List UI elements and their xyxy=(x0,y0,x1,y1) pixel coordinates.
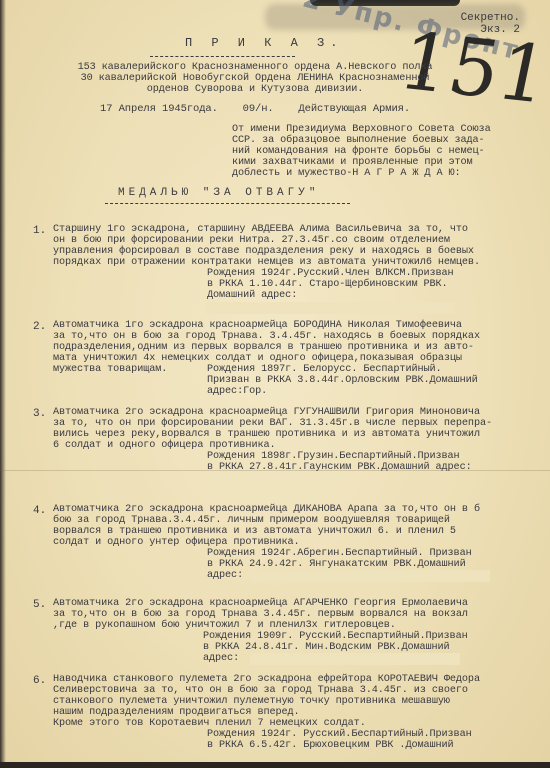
entry-2-bio-3: адрес:Гор. xyxy=(207,386,267,397)
entry-2-text-1: Автоматчика 1го эскадрона красноармейца … xyxy=(53,320,462,331)
preamble-line-3: ний командования на фронте борьбы с неме… xyxy=(232,146,485,157)
entry-1-text-2: он в бою при форсировании реки Нитра. 27… xyxy=(53,235,450,246)
entry-number-3: 3. xyxy=(33,408,46,420)
entry-5-bio-3: адрес: xyxy=(203,653,239,664)
entry-number-5: 5. xyxy=(33,599,46,611)
entry-2-text-2: за то,что он в бою за город Трнава. 3.4.… xyxy=(53,331,480,342)
preamble-line-1: От имени Президиума Верховного Совета Со… xyxy=(232,124,491,135)
entry-4-text-4: солдат и одного унтер офицера противника… xyxy=(53,537,300,548)
entry-4-bio-3: адрес: xyxy=(207,570,243,581)
award-heading-underline xyxy=(105,203,350,204)
redacted-address-1 xyxy=(205,302,455,314)
unit-line-1: 153 кавалерийского Краснознаменного орде… xyxy=(60,62,450,73)
entry-6-bio-1: Рождения 1924г. Русский.Беспартийный.При… xyxy=(207,729,472,740)
entry-3-bio-2: в РККА 27.8.41г.Гаунским РВК.Домашний ад… xyxy=(207,462,472,473)
preamble-line-5: доблесть и мужество-Н А Г Р А Ж Д А Ю: xyxy=(232,168,461,179)
entry-5-bio-2: в РККА 24.8.41г. Мин.Водским РВК.Домашни… xyxy=(203,642,450,653)
entry-4-text-2: бою за город Трнава.3.4.45г. личным прим… xyxy=(53,515,450,526)
paper-fold-line xyxy=(0,470,550,471)
entry-6-bio-2: в РККА 6.5.42г. Брюховецким РВК .Домашни… xyxy=(207,740,454,751)
entry-number-6: 6. xyxy=(33,675,46,687)
entry-3-text-2: за то, что он при форсировании реки ВАГ.… xyxy=(53,418,492,429)
unit-line-3: орденов Суворова и Кутузова дивизии. xyxy=(60,84,450,95)
entry-5-bio-1: Рождения 1909г. Русский.Беспартийный.При… xyxy=(203,631,468,642)
redacted-address-4 xyxy=(250,570,490,582)
entry-3-text-1: Автоматчика 2го эскадрона красноармейца … xyxy=(53,407,480,418)
entry-5-text-2: за то,что он в бою за город Трнава 3.4.4… xyxy=(53,609,468,620)
entry-number-4: 4. xyxy=(33,505,46,517)
entry-3-text-4: 6 солдат и одного офицера противника. xyxy=(53,440,276,451)
entry-5-text-1: Автоматчика 2го эскадрона красноармейца … xyxy=(53,598,468,609)
scanned-document-page: 2 Упр. Фронт Секретно. Экз. 2 151 П Р И … xyxy=(0,0,550,768)
redacted-address-5 xyxy=(250,653,460,665)
award-heading: МЕДАЛЬЮ "ЗА ОТВАГУ" xyxy=(118,188,319,199)
entry-3-bio-1: Рождения 1898г.Грузин.Беспартийный.Призв… xyxy=(207,451,460,462)
entry-6-text-5: Кроме этого тов Коротаевич пленил 7 неме… xyxy=(53,718,366,729)
entry-4-text-3: ворвался в траншею противника и из автом… xyxy=(53,526,456,537)
page-bottom-edge xyxy=(0,762,550,768)
entry-5-text-3: ,где в рукопашном бою уничтожил 7 и плен… xyxy=(53,620,396,631)
date-line: 17 Апреля 1945года. 09/н. Действующая Ар… xyxy=(100,104,410,115)
entry-4-bio-1: Рождения 1924г.Абрегин.Беспартийный. При… xyxy=(207,548,472,559)
entry-number-1: 1. xyxy=(33,225,46,237)
entry-6-text-1: Наводчика станкового пулемета 2го эскадр… xyxy=(53,674,480,685)
entry-3-text-3: вились через реку,ворвался в траншею про… xyxy=(53,429,480,440)
preamble-line-4: кими захватчиками и проявленные при этом xyxy=(232,157,473,168)
entry-2-text-5: мужества товарищам. xyxy=(53,364,167,375)
entry-1-text-1: Старшину 1го эскадрона, старшину АВДЕЕВА… xyxy=(53,224,468,235)
entry-1-bio-2: в РККА 1.10.44г. Старо-Щербиновским РВК. xyxy=(207,279,448,290)
entry-2-bio-1: Рождения 1897г. Белорусс. Беспартийный. xyxy=(207,364,442,375)
entry-2-bio-2: Призван в РККА 3.8.44г.Орловским РВК.Дом… xyxy=(207,375,478,386)
document-title: П Р И К А З. xyxy=(185,36,343,50)
entry-6-text-2: Селиверстовича за то, что он в бою за го… xyxy=(53,685,468,696)
entry-number-2: 2. xyxy=(33,321,46,333)
page-edge-shadow xyxy=(0,0,6,768)
entry-1-text-4: порядках при отражении контратаки немцев… xyxy=(53,257,480,268)
entry-6-text-3: станкового пулемета уничтожил пулеметную… xyxy=(53,696,450,707)
title-underline xyxy=(150,56,295,57)
preamble-line-2: ССР. за образцовое выполнение боевых зад… xyxy=(232,135,485,146)
entry-2-text-3: подразделения,одним из первых ворвался в… xyxy=(53,342,474,353)
entry-1-text-3: управления форсировал в составе подразде… xyxy=(53,246,474,257)
entry-4-text-1: Автоматчика 2го эскадрона красноармейца … xyxy=(53,504,480,515)
entry-6-text-4: нашим подразделениям продвигаться вперед… xyxy=(53,707,300,718)
entry-2-text-4: мата уничтожил 4х немецких солдат и одно… xyxy=(53,353,462,364)
entry-1-bio-1: Рождения 1924г.Русский.Член ВЛКСМ.Призва… xyxy=(207,268,454,279)
entry-4-bio-2: в РККА 24.9.42г. Янгунакатским РВК.Домаш… xyxy=(207,559,466,570)
unit-line-2: 30 кавалерийской Новобугской Ордена ЛЕНИ… xyxy=(60,73,450,84)
entry-1-bio-3: Домашний адрес: xyxy=(207,290,297,301)
